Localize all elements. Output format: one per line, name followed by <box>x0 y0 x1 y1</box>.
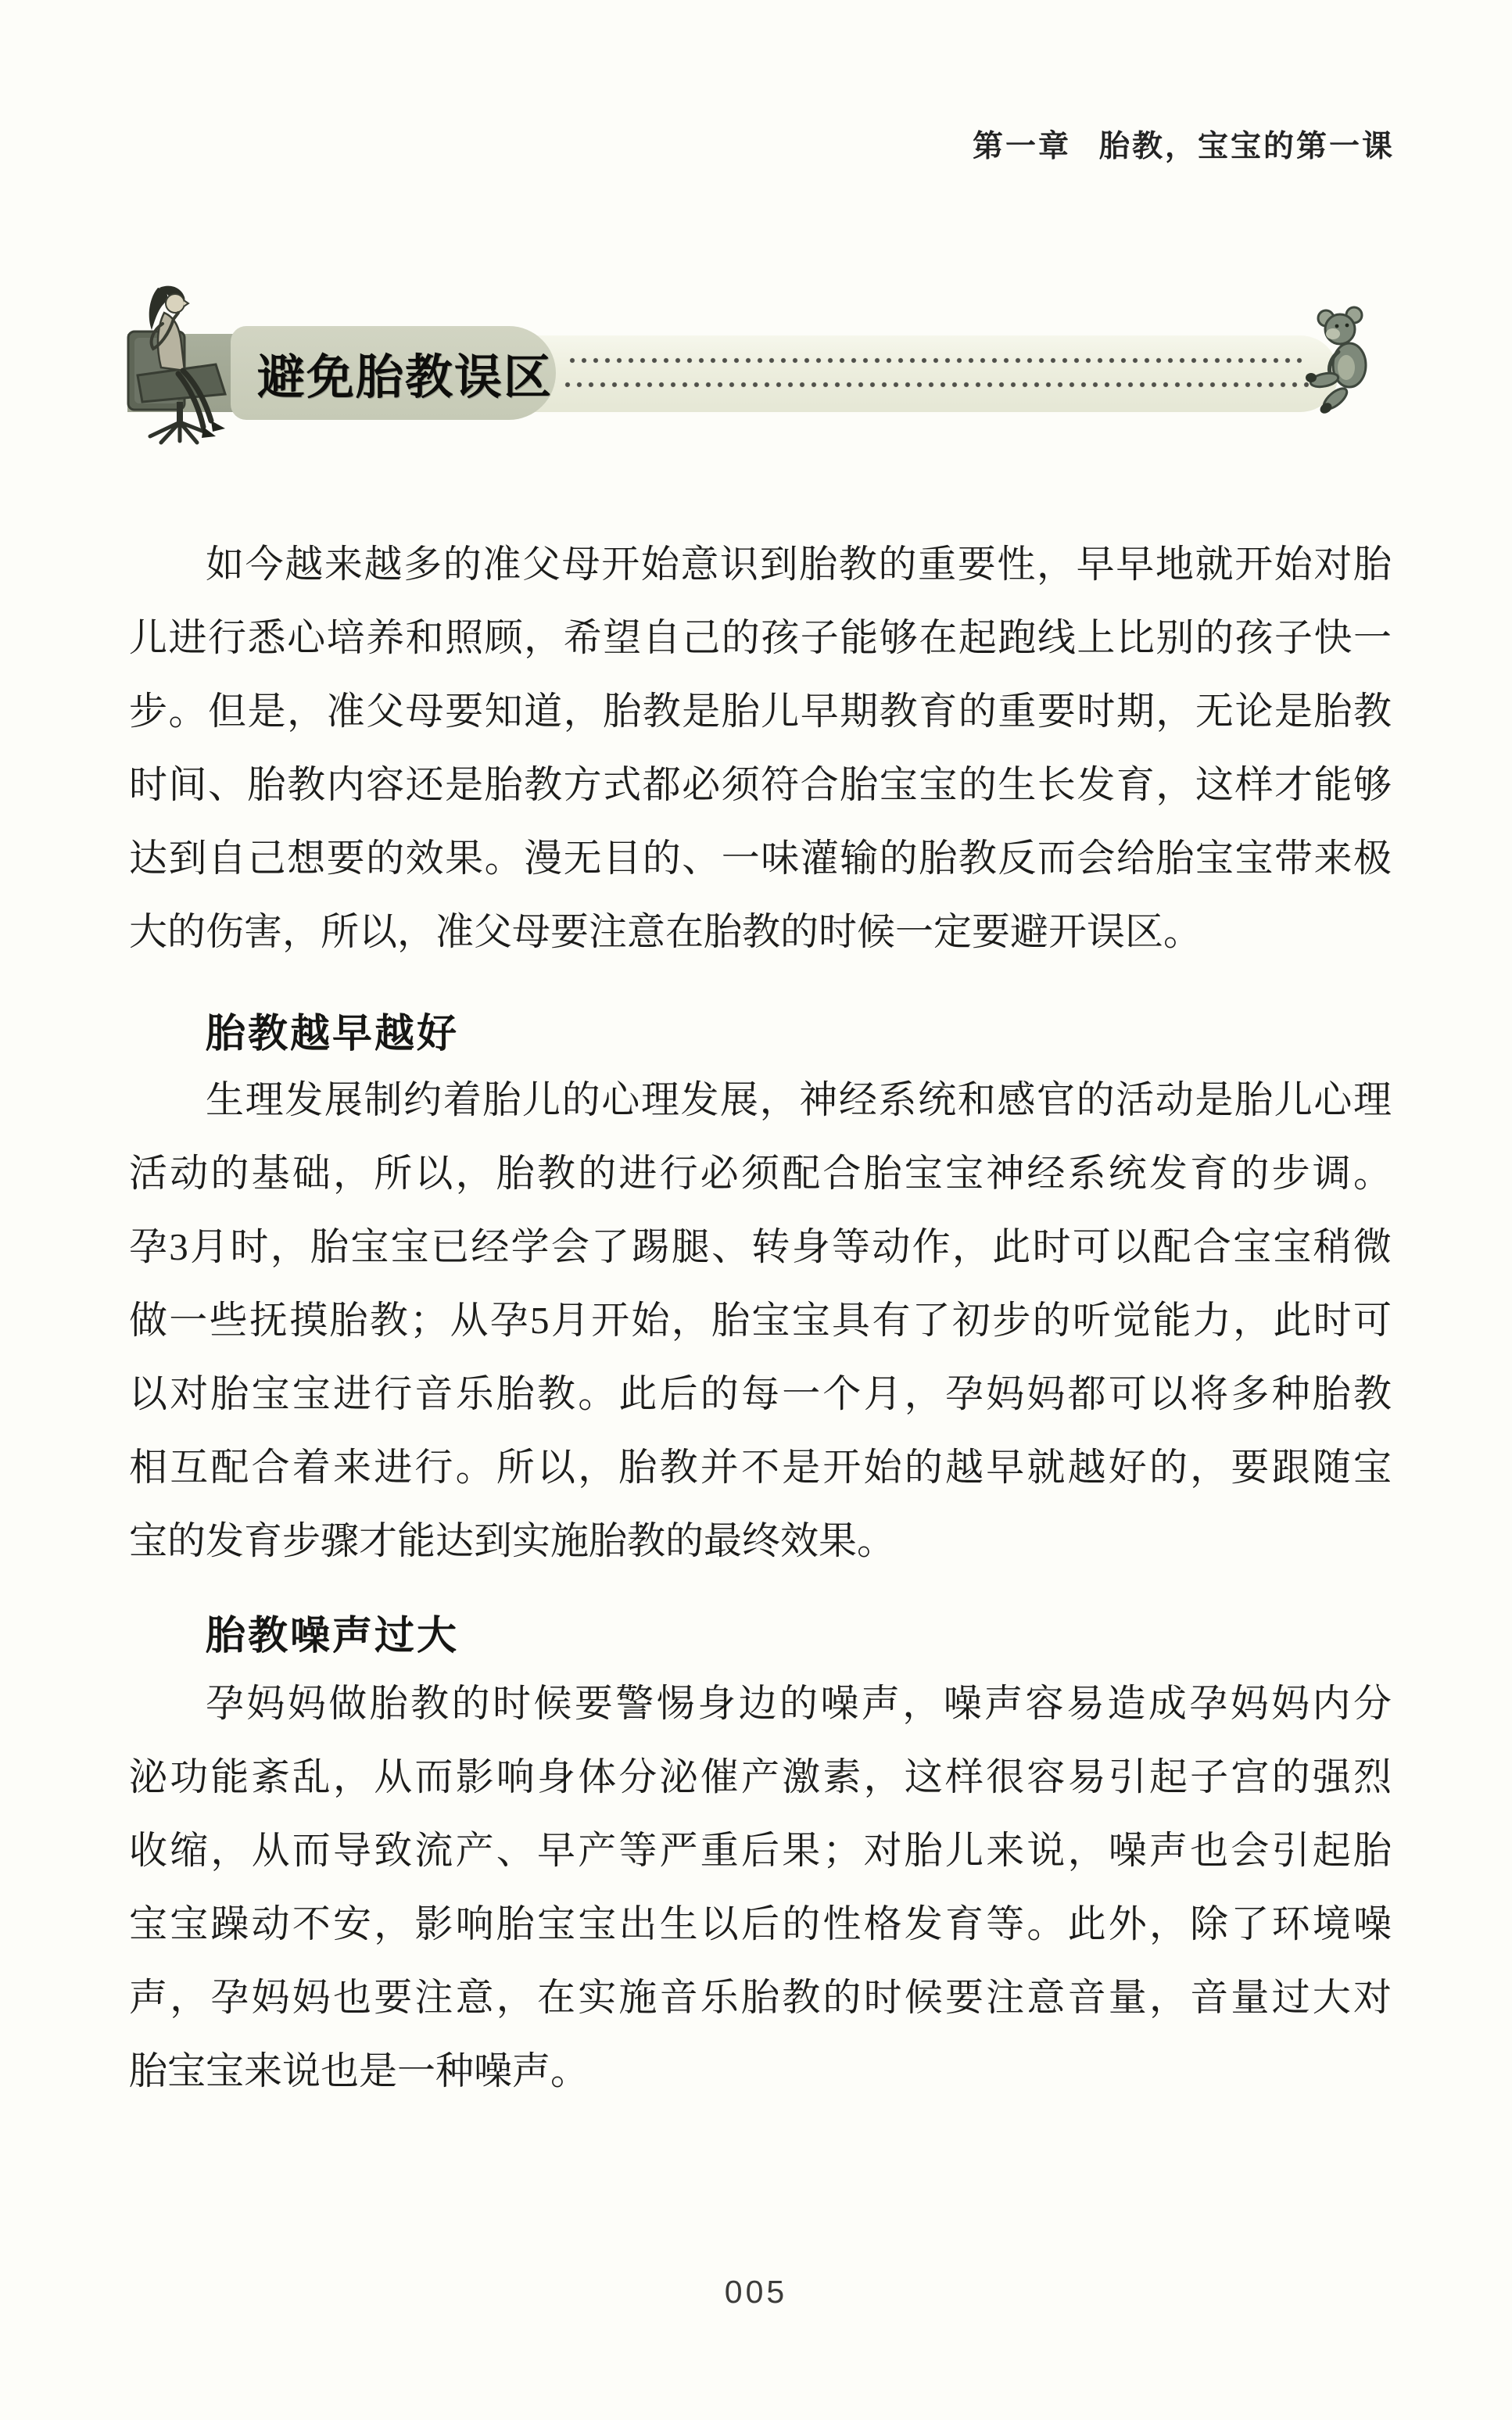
teddy-bear-illustration <box>1304 305 1384 424</box>
text-line: 大的伤害，所以，准父母要注意在胎教的时候一定要避开误区。 <box>129 895 1392 969</box>
chapter-header: 第一章胎教，宝宝的第一课 <box>973 122 1395 166</box>
section-banner: 避免胎教误区 <box>0 281 1512 469</box>
text-line: 收缩，从而导致流产、早产等严重后果；对胎儿来说，噪声也会引起胎 <box>129 1814 1392 1888</box>
text-line: 相互配合着来进行。所以，胎教并不是开始的越早就越好的，要跟随宝 <box>129 1431 1392 1504</box>
page-number: 005 <box>0 2274 1512 2311</box>
text-line: 达到自己想要的效果。漫无目的、一味灌输的胎教反而会给胎宝宝带来极 <box>129 822 1392 895</box>
dotted-leader-top <box>569 357 1306 364</box>
text-line: 胎宝宝来说也是一种噪声。 <box>129 2035 1392 2108</box>
text-line: 声，孕妈妈也要注意，在实施音乐胎教的时候要注意音量，音量过大对 <box>129 1961 1392 2035</box>
text-line: 宝的发育步骤才能达到实施胎教的最终效果。 <box>129 1504 1392 1578</box>
early-education-paragraph: 生理发展制约着胎儿的心理发展，神经系统和感官的活动是胎儿心理 活动的基础，所以，… <box>129 1063 1392 1578</box>
noise-paragraph: 孕妈妈做胎教的时候要警惕身边的噪声，噪声容易造成孕妈妈内分 泌功能紊乱，从而影响… <box>129 1667 1392 2108</box>
section-title: 避免胎教误区 <box>231 339 553 407</box>
text-line: 孕3月时，胎宝宝已经学会了踢腿、转身等动作，此时可以配合宝宝稍微 <box>129 1210 1392 1284</box>
subheading-early-education: 胎教越早越好 <box>206 1007 459 1062</box>
text-line: 宝宝躁动不安，影响胎宝宝出生以后的性格发育等。此外，除了环境噪 <box>129 1888 1392 1961</box>
text-line: 以对胎宝宝进行音乐胎教。此后的每一个月，孕妈妈都可以将多种胎教 <box>129 1357 1392 1431</box>
subheading-noise: 胎教噪声过大 <box>206 1609 459 1664</box>
chapter-title: 胎教，宝宝的第一课 <box>1099 130 1395 163</box>
text-line: 孕妈妈做胎教的时候要警惕身边的噪声，噪声容易造成孕妈妈内分 <box>129 1667 1392 1741</box>
text-line: 活动的基础，所以，胎教的进行必须配合胎宝宝神经系统发育的步调。 <box>129 1137 1392 1210</box>
banner-title-capsule: 避免胎教误区 <box>231 326 556 420</box>
seated-woman-illustration <box>116 283 253 449</box>
text-line: 生理发展制约着胎儿的心理发展，神经系统和感官的活动是胎儿心理 <box>129 1063 1392 1137</box>
dotted-leader-bottom <box>564 381 1309 389</box>
text-line: 泌功能紊乱，从而影响身体分泌催产激素，这样很容易引起子宫的强烈 <box>129 1741 1392 1814</box>
chapter-number: 第一章 <box>973 130 1071 163</box>
text-line: 做一些抚摸胎教；从孕5月开始，胎宝宝具有了初步的听觉能力，此时可 <box>129 1284 1392 1357</box>
text-line: 儿进行悉心培养和照顾，希望自己的孩子能够在起跑线上比别的孩子快一 <box>129 601 1392 675</box>
text-line: 时间、胎教内容还是胎教方式都必须符合胎宝宝的生长发育，这样才能够 <box>129 748 1392 822</box>
text-line: 如今越来越多的准父母开始意识到胎教的重要性，早早地就开始对胎 <box>129 528 1392 601</box>
text-line: 步。但是，准父母要知道，胎教是胎儿早期教育的重要时期，无论是胎教 <box>129 675 1392 748</box>
book-page: 第一章胎教，宝宝的第一课 避免胎教误区 <box>0 0 1512 2420</box>
intro-paragraph: 如今越来越多的准父母开始意识到胎教的重要性，早早地就开始对胎 儿进行悉心培养和照… <box>129 528 1392 969</box>
